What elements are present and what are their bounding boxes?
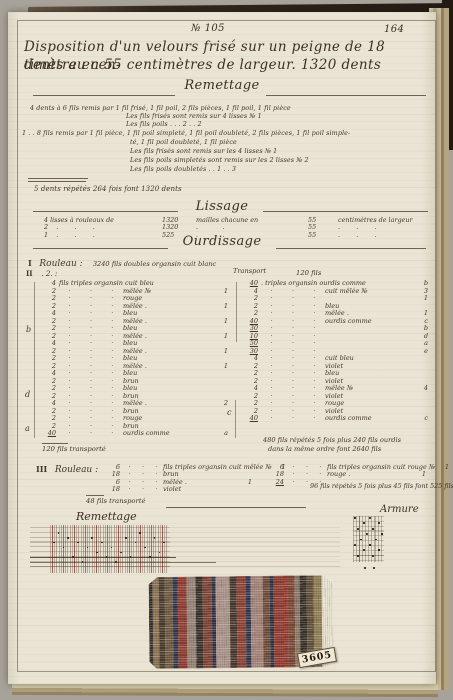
warp-count-row: 2···rouge (36, 294, 234, 302)
tally-rule (28, 178, 88, 179)
lissage-rule-right (263, 211, 428, 212)
bracket-letter-a: a (25, 424, 30, 433)
page-title-line2: timètre en 55 centimètres de largeur. 13… (24, 56, 426, 74)
armure-dot (364, 567, 366, 569)
remettage-line: 4 dents à 6 fils remis par 1 fil frisé, … (30, 104, 291, 112)
warp-count-row: 4···mêlée .2 (36, 399, 234, 407)
ourdissage-right-column: 40. triples organsin ourdis commeb4···cu… (238, 279, 434, 422)
warp-count-row: 40···ourdis commea (36, 429, 234, 437)
armure-mark (360, 539, 362, 541)
warp-count-row: 2···bleu (36, 324, 234, 332)
diagram-armure-label: Armure (380, 504, 419, 515)
dot-leaders: ··· (261, 414, 325, 422)
rouleau1-numeral: I (28, 258, 32, 268)
rouleau1-detail: 3240 fils doubles organsin cuit blanc (93, 260, 216, 268)
warp-count-row: 4···cuit bleu (238, 354, 434, 362)
remettage-line: té, 1 fil poil doubleté, 1 fil pièce (130, 138, 237, 146)
armure-dot (373, 567, 375, 569)
remettage-line: 1 . . 8 fils remis par 1 fil pièce, 1 fi… (22, 129, 350, 137)
right-column-hairline (236, 282, 237, 342)
warp-count-row: 2···mêlée .1 (36, 347, 234, 355)
rouleau2-numeral: II (26, 269, 33, 278)
warp-count-row: 2···mêlée .1 (36, 362, 234, 370)
rouleau3-footer-rule (86, 495, 104, 496)
heading-rule-left (33, 95, 175, 96)
warp-count-row: 2···violet (238, 362, 434, 370)
remettage-line: Les fils frisés sont remis sur 4 lisses … (126, 112, 262, 120)
rouleau3-numeral: III (36, 464, 47, 474)
draft-mark (77, 542, 79, 544)
warp-count-row: 2···bleu (238, 369, 434, 377)
warp-count-row: 2···mêlée .1 (36, 332, 234, 340)
draft-mark (144, 547, 146, 549)
draft-mark (154, 537, 156, 539)
warp-count-row: 2···bleu (36, 384, 234, 392)
armure-mark (375, 539, 377, 541)
lissage-row: 4 lisses à rouleaux de1320mailles chacun… (30, 216, 430, 223)
warp-count-row: 2···brun (36, 422, 234, 430)
warp-count-row: 2···violet (238, 392, 434, 400)
warp-count-row: 50···a (238, 339, 434, 347)
warp-count-row: 18···rouge .1 (264, 470, 432, 477)
warp-count-row: 6···mêlée .1 (100, 478, 258, 485)
remettage-line: Les fils poils simpletés sont remis sur … (130, 156, 309, 164)
armure-mark (372, 555, 374, 557)
armure-mark (366, 533, 368, 535)
remettage-total-line: 5 dents répétés 264 fois font 1320 dents (34, 185, 182, 193)
rouleau3-section: III Rouleau : 6···fils triples organsin … (22, 462, 432, 508)
section-divider-rule (166, 507, 306, 508)
lissage-row: 2 . . .1320. .55. . . (30, 223, 430, 230)
draft-mark (125, 537, 127, 539)
ourdissage-rule-left (33, 248, 168, 249)
warp-count-row: 30···e (238, 347, 434, 355)
rouleau2-label: . 2. : (41, 270, 57, 278)
armure-mark (369, 517, 371, 519)
warp-count-row: 6···fils triples organsin cuit rouge №1 (264, 463, 432, 470)
draft-mark (139, 532, 141, 534)
armure-mark (378, 522, 380, 524)
draft-mark (67, 537, 69, 539)
draft-mark (135, 542, 137, 544)
armure-mark (369, 544, 371, 546)
remettage-line: Les fils frisés sont remis sur les 4 lis… (130, 147, 277, 155)
armure-mark (354, 544, 356, 546)
armure-mark (378, 549, 380, 551)
armure-mark (363, 522, 365, 524)
threading-draft-grid (50, 525, 168, 573)
draft-mark (58, 532, 60, 534)
left-footer-rule (42, 443, 68, 444)
diagram-remettage-label: Remettage (76, 510, 137, 523)
warp-count-row: 4···bleu (36, 339, 234, 347)
folio-number: 164 (384, 24, 404, 35)
right-bracket-hairline (235, 400, 236, 438)
warp-count-row: 2···bleu (36, 354, 234, 362)
rouleau3-right-footer: 96 fils répétés 5 fois plus 45 fils font… (310, 482, 453, 490)
rouleau1-label: Rouleau : (39, 259, 82, 269)
remettage-line: Les fils poils . . . 2 . . 2 (126, 120, 202, 128)
remettage-line: Les fils poils doubletés . . 1 . . 3 (130, 165, 236, 173)
ourdissage-rule-right (276, 248, 426, 249)
warp-count-row: 30···b (238, 324, 434, 332)
draft-base-line2 (30, 562, 216, 563)
draft-mark (96, 552, 98, 554)
warp-count-row: 2···brun (36, 377, 234, 385)
warp-count-row: 2···brun (36, 407, 234, 415)
heading-rule-right (266, 95, 426, 96)
warp-count-row: 10···d (238, 332, 434, 340)
rouleau3-left-footer: 48 fils transporté (86, 497, 146, 505)
manuscript-page: № 105 164 Disposition d'un velours frisé… (8, 12, 436, 684)
armure-mark (381, 533, 383, 535)
warp-count-row: 4···cuit mêlée №3 (238, 287, 434, 295)
armure-mark (363, 549, 365, 551)
rouleau3-label: Rouleau : (55, 465, 98, 475)
lissage-rule-left (33, 211, 178, 212)
draft-mark (53, 542, 55, 544)
bracket-letter-c: c (227, 408, 231, 417)
draft-mark (120, 552, 122, 554)
ourdissage-left-column: 4fils triples organsin cuit bleu2···mêlé… (36, 279, 234, 437)
warp-count-row: 4···bleu (36, 369, 234, 377)
warp-count-row: 2···rouge (238, 399, 434, 407)
draft-mark (91, 537, 93, 539)
warp-count-row: 40···ourdis commec (238, 317, 434, 325)
warp-count-row: 2···rouge (36, 414, 234, 422)
warp-count-row: 6···fils triples organsin cuit mêlée №1 (100, 463, 258, 470)
warp-count-row: 4···mêlée №4 (238, 384, 434, 392)
warp-count-row: 18···brun (100, 470, 258, 477)
photographed-manuscript-page: { "header": { "no": "№ 105", "folio": "1… (0, 0, 453, 700)
rouleau3-left-rows: 6···fils triples organsin cuit mêlée №11… (100, 463, 258, 492)
warp-count-row: 18···violet (100, 485, 258, 492)
right-column-footer1: 480 fils répétés 5 fois plus 240 fils ou… (263, 436, 401, 444)
rouleau1-header: I Rouleau : 3240 fils doubles organsin c… (28, 258, 216, 269)
armure-mark (357, 528, 359, 530)
draft-mark (163, 542, 165, 544)
warp-count-row: 2···mêlée .1 (36, 317, 234, 325)
transport-value: 120 fils (296, 269, 321, 277)
weave-draft-grid (353, 516, 384, 562)
draft-mark (63, 547, 65, 549)
warp-count-row: 2···violet (238, 407, 434, 415)
warp-count-row: 40···ourdis commec (238, 414, 434, 422)
warp-count-row: 2···mêlée .1 (238, 309, 434, 317)
draft-mark (159, 552, 161, 554)
warp-count-row: 2···1 (238, 294, 434, 302)
warp-count-row: 4···bleu (36, 309, 234, 317)
heading-ourdissage: Ourdissage (8, 234, 436, 249)
dot-leaders: ··· (123, 485, 163, 493)
draft-mark (87, 547, 89, 549)
draft-mark (101, 542, 103, 544)
dot-leaders: ··· (59, 429, 123, 437)
bracket-letter-d: d (25, 390, 30, 399)
transport-label: Transport (233, 267, 266, 275)
tally-rule2 (28, 181, 86, 182)
warp-count-row: 2···brun (36, 392, 234, 400)
warp-count-row: 4fils triples organsin cuit bleu (36, 279, 234, 287)
draft-base-line1 (30, 557, 176, 558)
armure-mark (372, 528, 374, 530)
warp-count-row: 2···bleu (238, 302, 434, 310)
warp-count-row: 2···mêlée .1 (36, 302, 234, 310)
armure-mark (354, 517, 356, 519)
warp-count-row: 40. triples organsin ourdis commeb (238, 279, 434, 287)
rouleau3-header: III Rouleau : (36, 464, 98, 475)
left-column-footer: 120 fils transporté (42, 445, 106, 453)
armure-mark (357, 555, 359, 557)
draft-mark (111, 547, 113, 549)
book-page-stack-bottom (12, 682, 438, 697)
warp-count-row: 2···violet (238, 377, 434, 385)
left-column-hairline (34, 282, 35, 438)
warp-count-row: 2···mêlée №1 (36, 287, 234, 295)
right-column-footer2: dans la même ordre font 2640 fils (268, 445, 381, 453)
page-number-label: № 105 (148, 23, 268, 34)
rouleau2-header: II . 2. : (26, 269, 57, 278)
bracket-letter-b: b (26, 325, 31, 334)
heading-remettage: Remettage (8, 78, 436, 93)
